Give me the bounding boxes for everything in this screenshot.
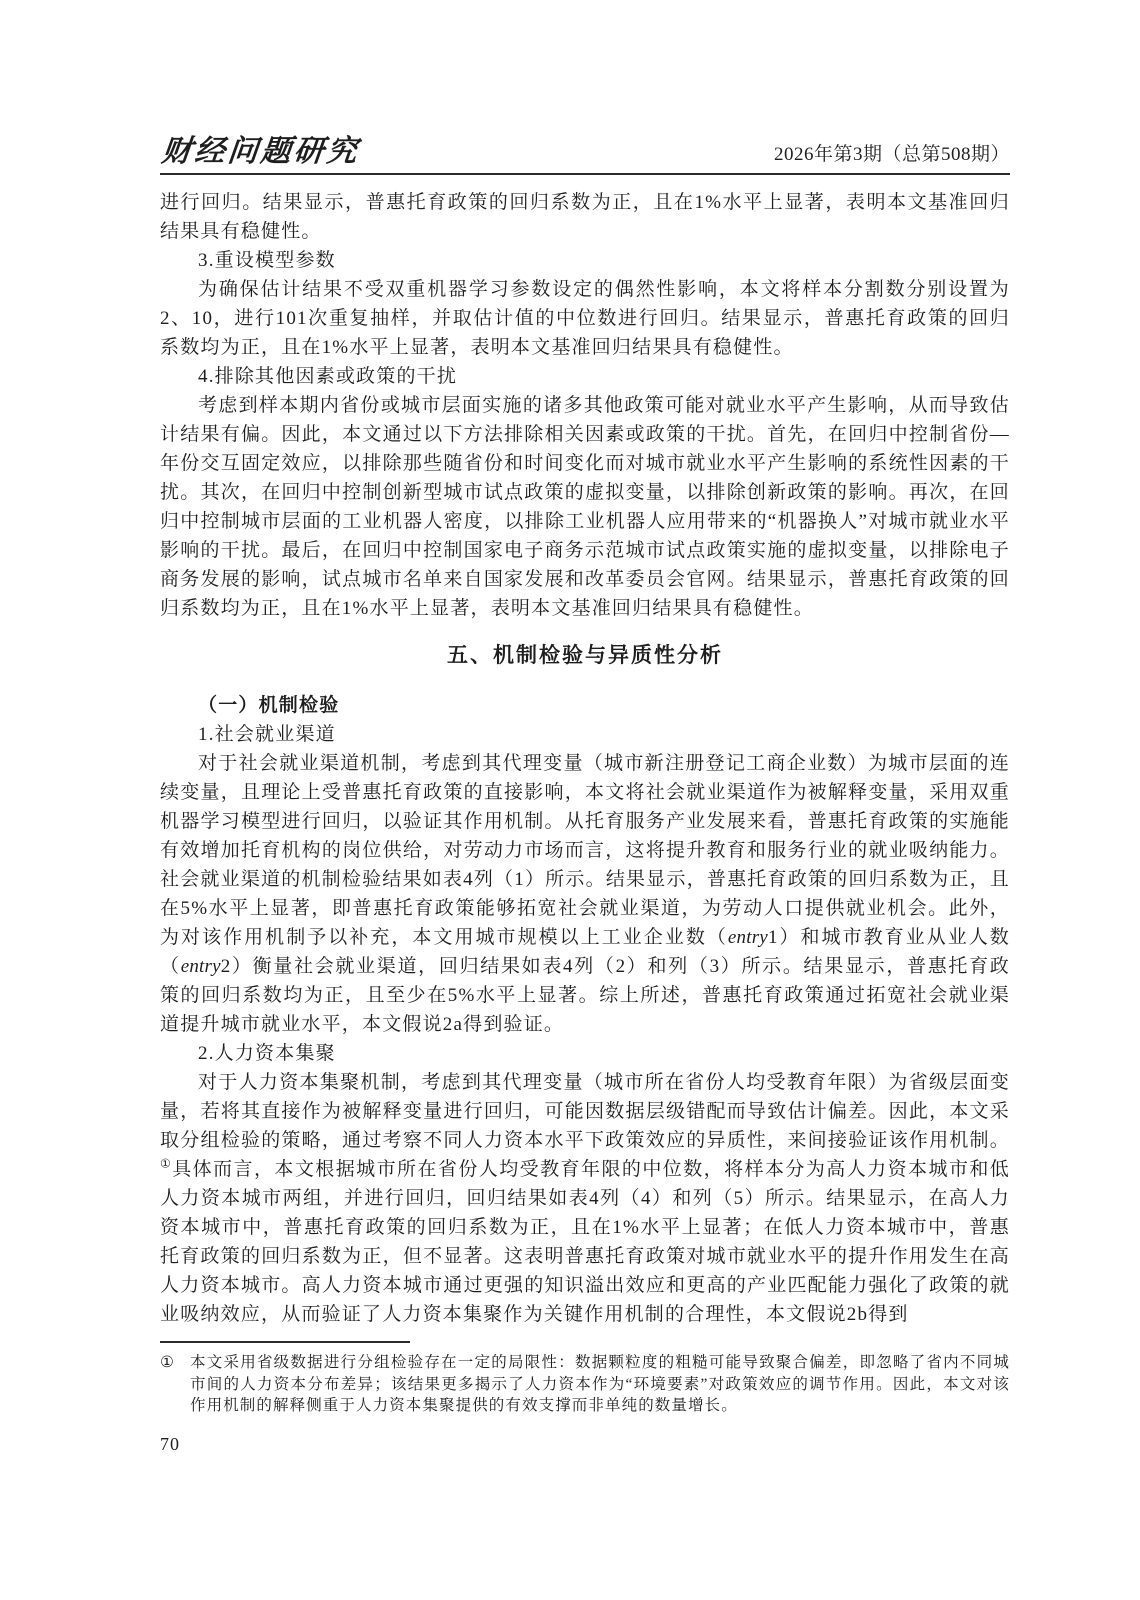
subsection-heading: （一）机制检验 [160,691,1010,720]
paragraph-continued: 进行回归。结果显示，普惠托育政策的回归系数为正，且在1%水平上显著，表明本文基准… [160,188,1010,246]
paper-page: 财经问题研究 2026年第3期（总第508期） 进行回归。结果显示，普惠托育政策… [0,0,1140,1600]
journal-logo: 财经问题研究 [160,136,361,168]
page-number: 70 [160,1434,1010,1455]
footnote: ① 本文采用省级数据进行分组检验存在一定的局限性：数据颗粒度的粗糙可能导致聚合偏… [160,1352,1010,1417]
page-header: 财经问题研究 2026年第3期（总第508期） [160,136,1010,175]
issue-info: 2026年第3期（总第508期） [774,143,1010,168]
section-heading: 五、机制检验与异质性分析 [160,640,1010,672]
article-body: 进行回归。结果显示，普惠托育政策的回归系数为正，且在1%水平上显著，表明本文基准… [160,188,1010,1329]
paragraph: 为确保估计结果不受双重机器学习参数设定的偶然性影响，本文将样本分割数分别设置为2… [160,275,1010,362]
numbered-subheading: 4.排除其他因素或政策的干扰 [160,362,1010,391]
footnote-text: 本文采用省级数据进行分组检验存在一定的局限性：数据颗粒度的粗糙可能导致聚合偏差，… [190,1354,1010,1414]
paragraph: 对于社会就业渠道机制，考虑到其代理变量（城市新注册登记工商企业数）为城市层面的连… [160,749,1010,1039]
paragraph: 对于人力资本集聚机制，考虑到其代理变量（城市所在省份人均受教育年限）为省级层面变… [160,1068,1010,1329]
paragraph: 考虑到样本期内省份或城市层面实施的诸多其他政策可能对就业水平产生影响，从而导致估… [160,391,1010,623]
footnote-separator [160,1341,410,1343]
numbered-subheading: 3.重设模型参数 [160,246,1010,275]
numbered-subheading: 2.人力资本集聚 [160,1039,1010,1068]
footnote-marker: ① [160,1352,175,1374]
numbered-subheading: 1.社会就业渠道 [160,720,1010,749]
